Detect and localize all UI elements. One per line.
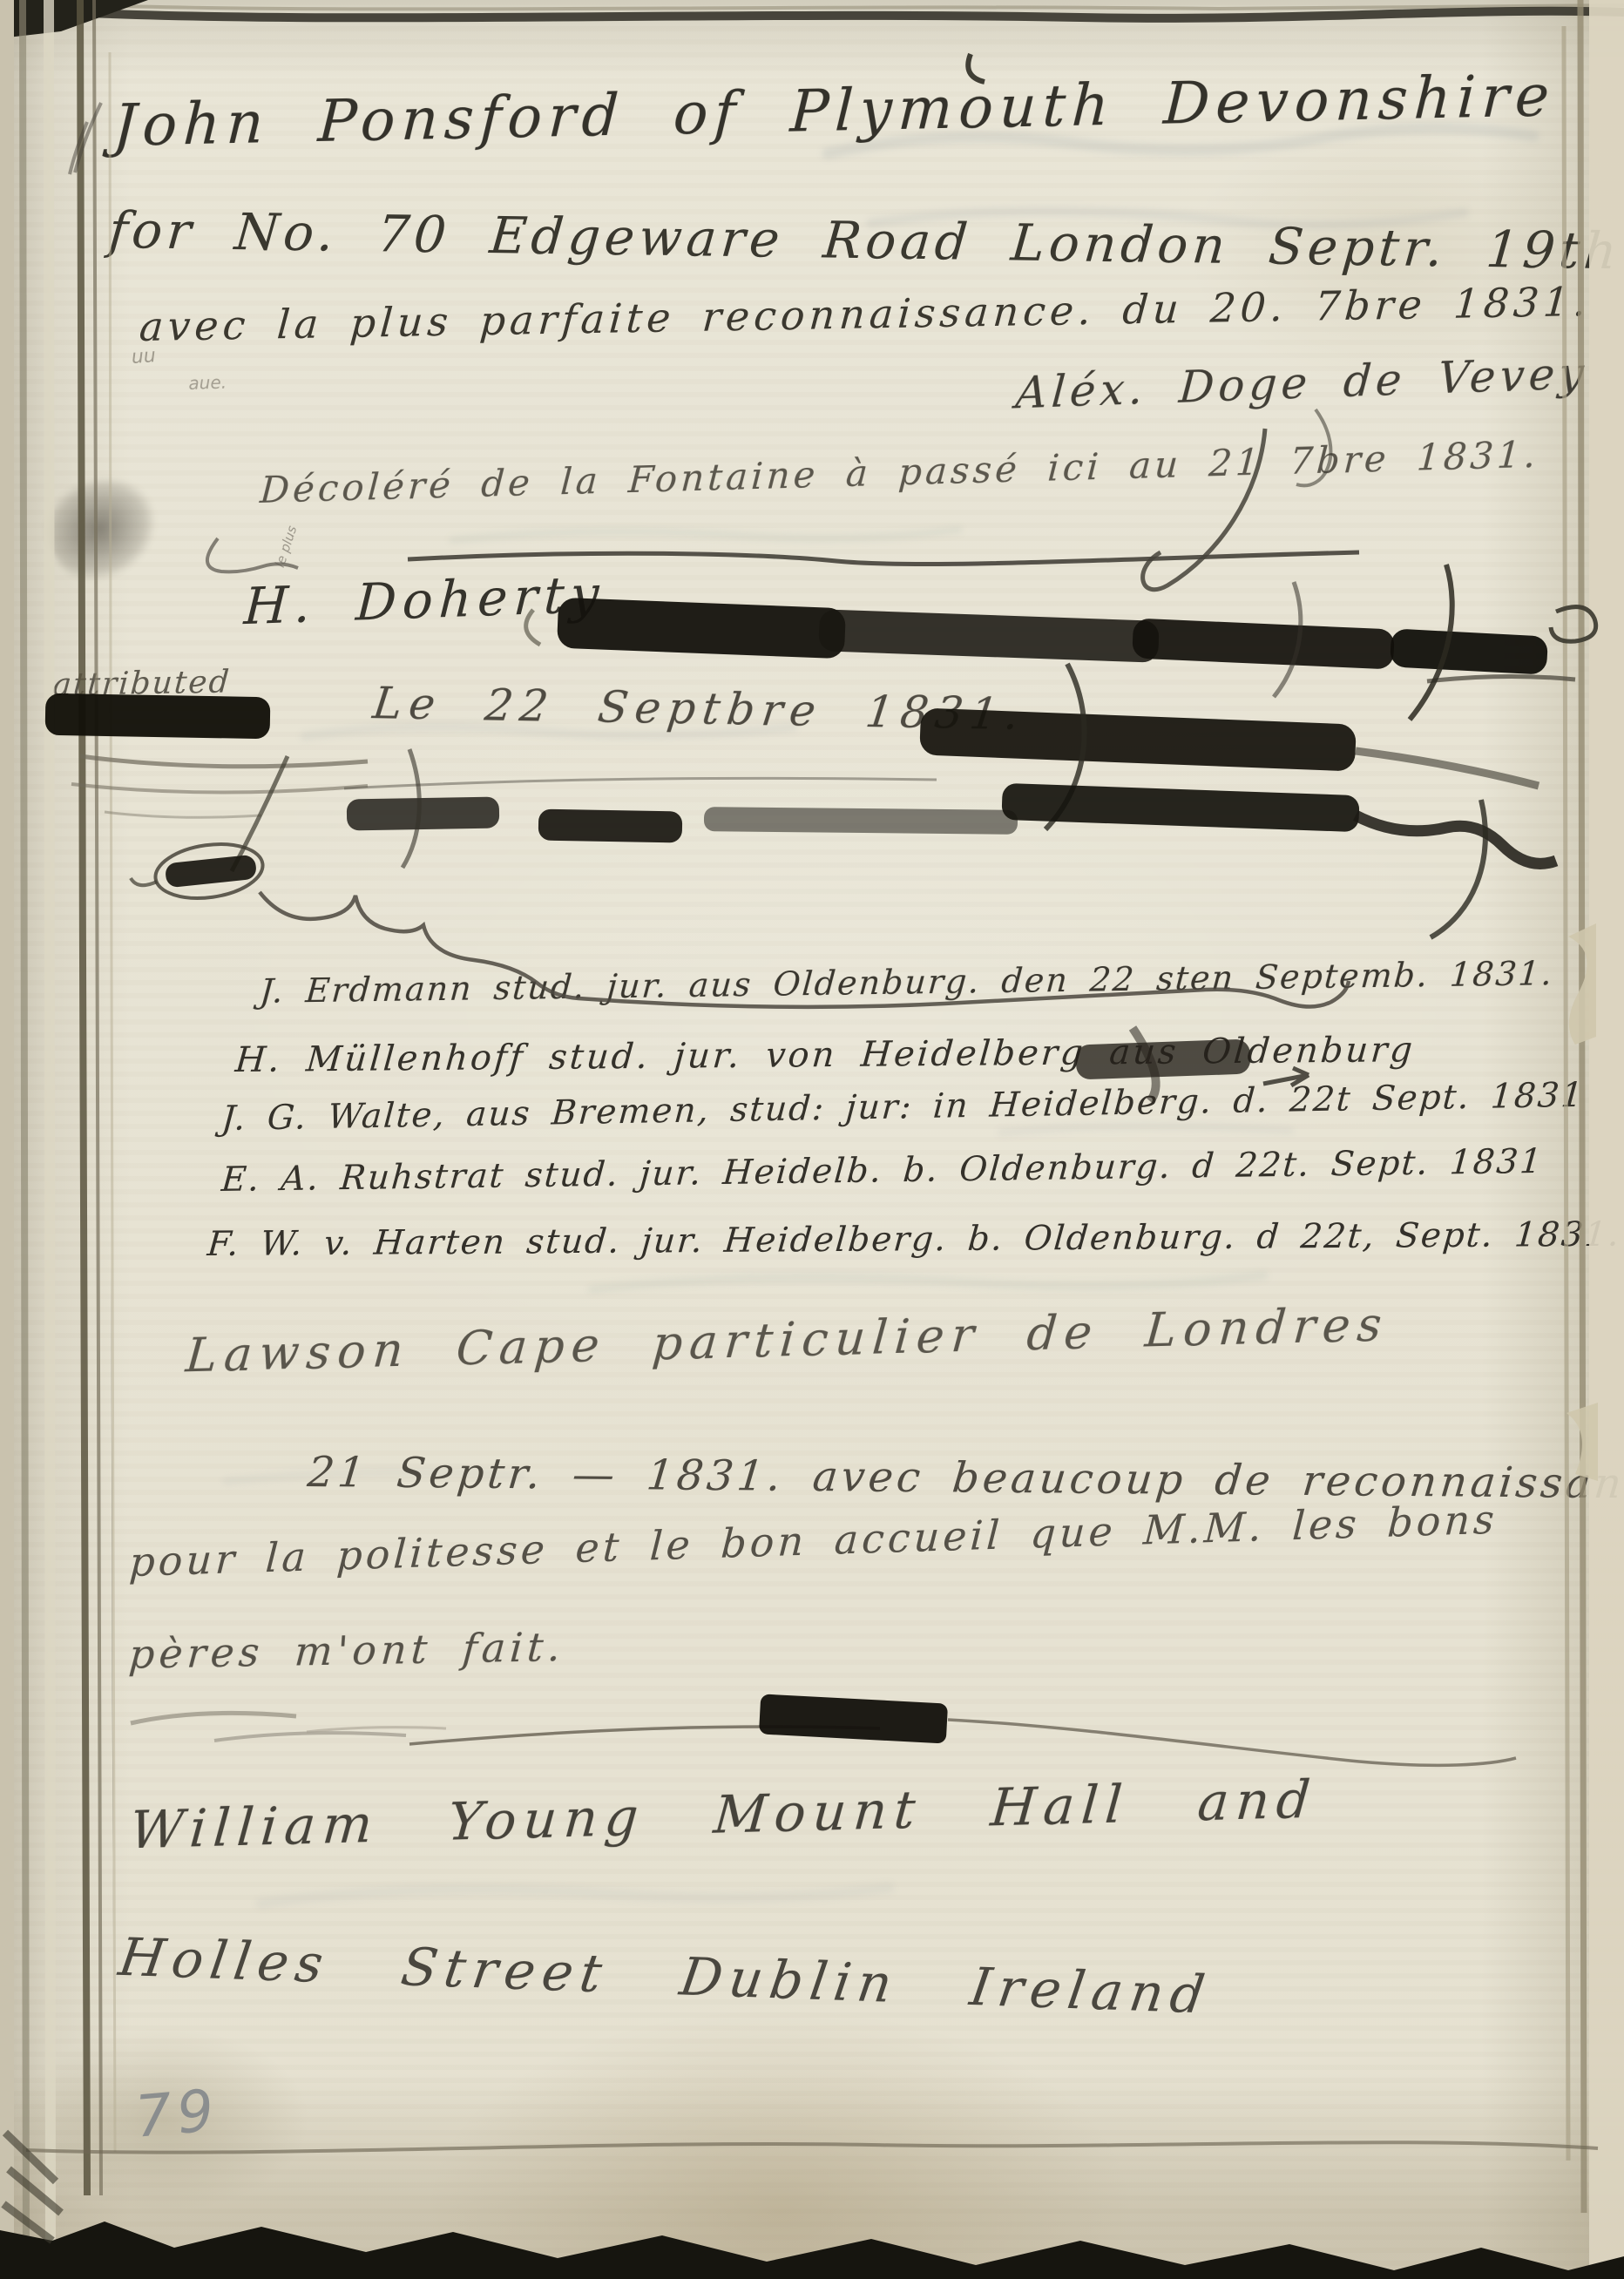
margin-mark-uu: uu	[131, 345, 157, 369]
page-number: 79	[132, 2077, 221, 2151]
manuscript-scan: John Ponsford of Plymouth Devonshire for…	[0, 0, 1624, 2279]
doherty-struck-margin-word: attributed	[51, 664, 232, 703]
entry-lawson-line4: pères m'ont fait.	[127, 1623, 566, 1678]
margin-mark-aue: aue.	[188, 371, 227, 394]
entry-doherty-name: H. Doherty	[242, 565, 606, 637]
